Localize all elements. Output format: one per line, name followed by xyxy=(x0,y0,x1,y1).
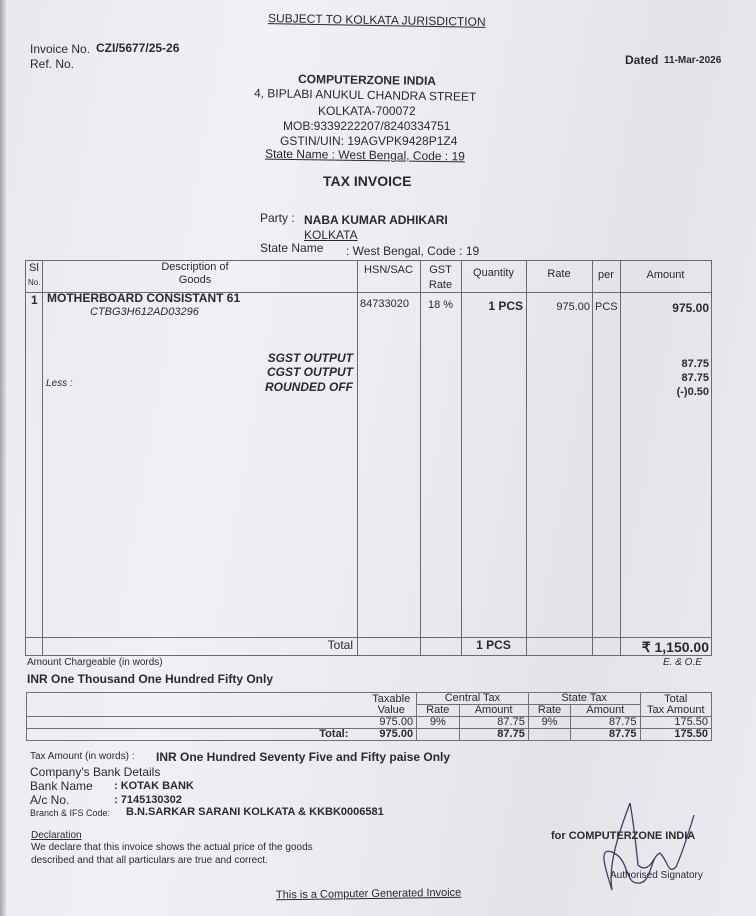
tax-total: 175.50 xyxy=(640,717,711,729)
invoice-no: CZI/5677/25-26 xyxy=(96,41,179,55)
item-quantity: 1 PCS xyxy=(461,300,523,313)
col-rate-header: Rate xyxy=(526,268,592,281)
declaration-title: Declaration xyxy=(31,830,82,841)
cgst-amount: 87.75 xyxy=(620,372,709,385)
invoice-no-label: Invoice No. xyxy=(30,42,90,56)
photo-edge xyxy=(0,0,6,916)
item-sl: 1 xyxy=(31,294,38,307)
tax-total-row: Total: 975.00 87.75 87.75 175.50 xyxy=(27,729,712,741)
tax-in-words: INR One Hundred Seventy Five and Fifty p… xyxy=(156,750,450,764)
total-label: Total xyxy=(200,639,353,652)
party-state-label: State Name xyxy=(260,241,323,255)
tax-summary-table: Taxable Value Central Tax State Tax Tota… xyxy=(26,692,712,741)
ref-no-label: Ref. No. xyxy=(30,57,74,71)
state-tax-header: State Tax xyxy=(528,693,640,705)
col-desc-header-1: Description of xyxy=(130,261,260,274)
tax-total-label: Total: xyxy=(27,729,367,741)
total-quantity: 1 PCS xyxy=(461,639,526,652)
branch-ifsc: B.N.SARKAR SARANI KOLKATA & KKBK0006581 xyxy=(126,806,384,818)
branch-label: Branch & IFS Code: xyxy=(30,808,110,818)
bank-details-title: Company's Bank Details xyxy=(30,765,160,779)
central-amount-header: Amount xyxy=(459,705,528,717)
amount-words-label: Amount Chargeable (in words) xyxy=(27,657,163,668)
seller-state: State Name : West Bengal, Code : 19 xyxy=(265,147,465,164)
col-qty-header: Quantity xyxy=(461,267,526,280)
central-rate-header: Rate xyxy=(417,705,459,717)
item-gst-rate: 18 % xyxy=(420,299,461,312)
col-gst-header-2: Rate xyxy=(420,279,461,292)
sgst-amount: 87.75 xyxy=(620,358,709,371)
item-hsn: 84733020 xyxy=(360,298,409,311)
col-hsn-header: HSN/SAC xyxy=(357,264,420,277)
item-per: PCS xyxy=(595,301,618,314)
col-per-header: per xyxy=(592,269,620,282)
state-amount-header: Amount xyxy=(571,705,640,717)
seller-name: COMPUTERZONE INDIA xyxy=(298,72,436,88)
col-desc-header-2: Goods xyxy=(130,274,260,287)
tax-state-rate: 9% xyxy=(528,717,570,729)
seller-address-1: 4, BIPLABI ANUKUL CHANDRA STREET xyxy=(254,86,477,104)
item-description: MOTHERBOARD CONSISTANT 61 xyxy=(47,292,240,305)
dated-label: Dated xyxy=(625,53,658,67)
tax-state-amount: 87.75 xyxy=(571,717,640,729)
tax-taxable: 975.00 xyxy=(366,717,416,729)
cgst-label: CGST OUTPUT xyxy=(200,366,353,379)
total-amount: ₹ 1,150.00 xyxy=(620,639,709,655)
signature-scribble-icon xyxy=(590,795,710,900)
party-city: KOLKATA xyxy=(304,228,358,242)
seller-mobile: MOB:9339222207/8240334751 xyxy=(283,119,450,133)
tax-total-central: 87.75 xyxy=(459,729,528,741)
tax-total-taxable: 975.00 xyxy=(366,729,416,741)
invoice-date: 11-Mar-2026 xyxy=(664,55,721,66)
bank-name-label: Bank Name xyxy=(30,779,93,793)
central-tax-header: Central Tax xyxy=(417,693,529,705)
tax-words-label: Tax Amount (in words) : xyxy=(30,751,134,762)
party-label: Party : xyxy=(260,211,295,225)
seller-gstin: GSTIN/UIN: 19AGVPK9428P1Z4 xyxy=(280,134,457,148)
tax-central-rate: 9% xyxy=(417,717,459,729)
jurisdiction-note: SUBJECT TO KOLKATA JURISDICTION xyxy=(268,11,486,29)
tax-row: 975.00 9% 87.75 9% 87.75 175.50 xyxy=(27,717,712,729)
declaration-line-1: We declare that this invoice shows the a… xyxy=(31,842,313,853)
item-serial: CTBG3H612AD03296 xyxy=(90,306,199,319)
computer-generated-note: This is a Computer Generated Invoice xyxy=(276,887,461,902)
col-gst-header-1: GST xyxy=(420,264,461,277)
account-no-label: A/c No. xyxy=(30,793,69,807)
eoe-note: E. & O.E xyxy=(663,657,702,668)
document-title: TAX INVOICE xyxy=(323,173,411,189)
tax-total-state: 87.75 xyxy=(571,729,640,741)
party-name: NABA KUMAR ADHIKARI xyxy=(304,213,448,227)
less-label: Less : xyxy=(46,377,73,390)
invoice-page: SUBJECT TO KOLKATA JURISDICTION Invoice … xyxy=(0,0,756,916)
bank-name: : KOTAK BANK xyxy=(114,780,194,792)
item-rate: 975.00 xyxy=(526,301,590,314)
total-tax-header-2: Tax Amount xyxy=(647,704,704,716)
sgst-label: SGST OUTPUT xyxy=(200,352,353,365)
col-amount-header: Amount xyxy=(620,269,711,282)
seller-address-2: KOLKATA-700072 xyxy=(318,104,416,118)
item-amount: 975.00 xyxy=(620,302,709,315)
amount-in-words: INR One Thousand One Hundred Fifty Only xyxy=(27,672,273,686)
taxable-header-2: Value xyxy=(378,704,405,716)
state-rate-header: Rate xyxy=(528,705,570,717)
declaration-line-2: described and that all particulars are t… xyxy=(31,855,268,866)
col-sl-header-1: Sl xyxy=(29,262,39,275)
party-state: : West Bengal, Code : 19 xyxy=(346,244,479,258)
tax-central-amount: 87.75 xyxy=(459,717,528,729)
rounded-off-amount: (-)0.50 xyxy=(620,386,709,399)
tax-total-amount: 175.50 xyxy=(640,729,711,741)
rounded-off-label: ROUNDED OFF xyxy=(200,381,353,394)
col-sl-header-2: No. xyxy=(28,276,40,289)
account-no: : 7145130302 xyxy=(114,794,182,806)
